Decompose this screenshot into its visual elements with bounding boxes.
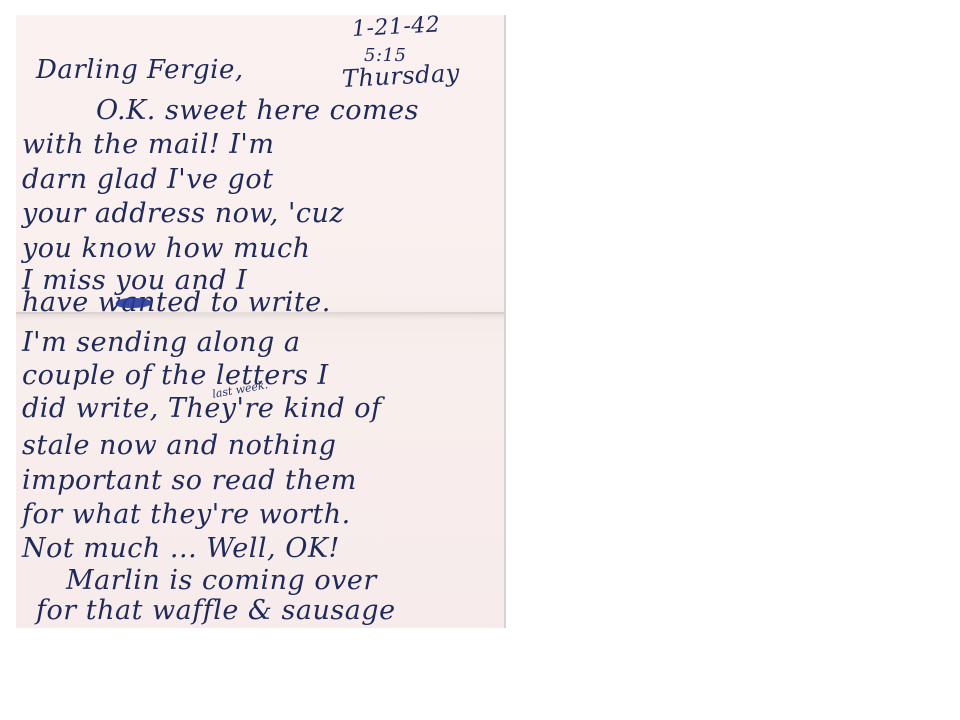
letter-line-15: Marlin is coming over (66, 565, 377, 596)
letter-line-1: O.K. sweet here comes (96, 95, 419, 126)
letter-day: Thursday (341, 59, 460, 93)
letter-line-16: for that waffle & sausage (36, 595, 396, 626)
letter-line-3: darn glad I've got (22, 164, 273, 195)
letter-line-10: did write, They're kind of (22, 393, 381, 424)
letter-line-5: you know how much (22, 233, 311, 264)
letter-line-11: stale now and nothing (22, 430, 336, 461)
page: 1-21-42 5:15 Thursday Darling Fergie, O.… (0, 0, 960, 720)
letter-line-4: your address now, 'cuz (22, 198, 344, 229)
letter-line-7: have wanted to write. (22, 287, 331, 318)
letter-paper: 1-21-42 5:15 Thursday Darling Fergie, O.… (16, 15, 506, 628)
salutation: Darling Fergie, (36, 55, 244, 85)
letter-date: 1-21-42 (351, 15, 441, 42)
letter-line-2: with the mail! I'm (22, 129, 274, 160)
letter-line-13: for what they're worth. (22, 499, 351, 530)
letter-line-8: I'm sending along a (22, 327, 301, 358)
letter-line-9: couple of the letters I (22, 360, 329, 391)
letter-line-12: important so read them (22, 465, 357, 496)
letter-line-14: Not much ... Well, OK! (22, 533, 340, 564)
